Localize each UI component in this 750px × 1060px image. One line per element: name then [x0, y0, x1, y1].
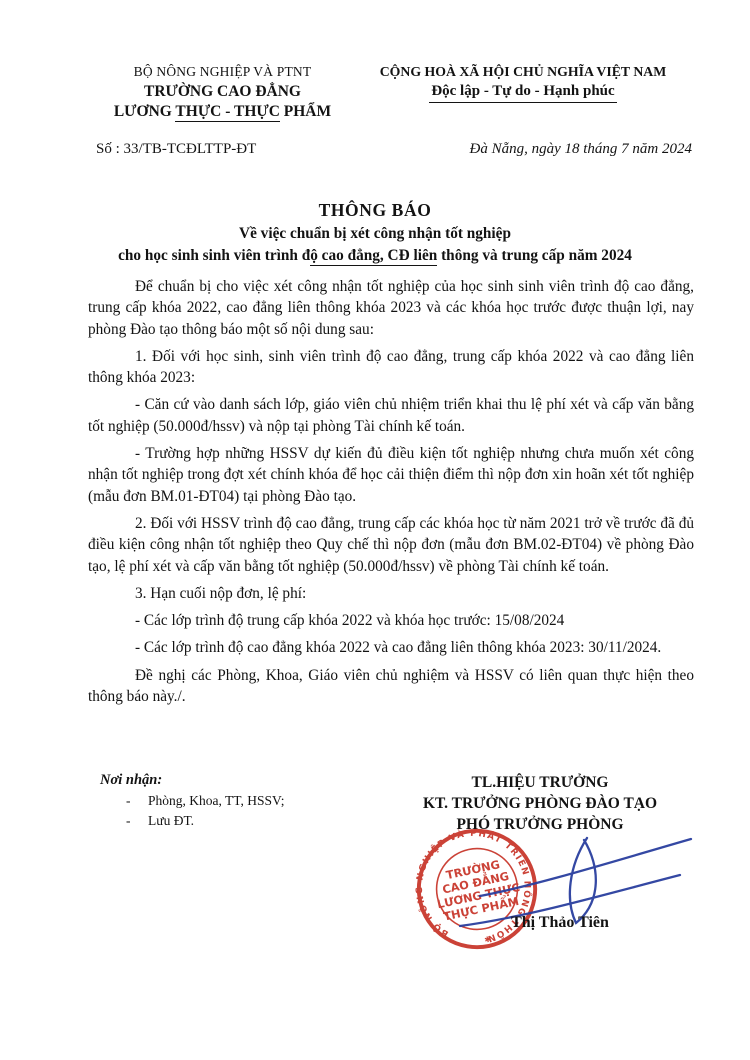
recipient-item: -Phòng, Khoa, TT, HSSV;	[100, 793, 285, 809]
paragraph-item-1b: - Trường hợp những HSSV dự kiến đủ điều …	[88, 443, 694, 507]
paragraph-item-1a: - Căn cứ vào danh sách lớp, giáo viên ch…	[88, 394, 694, 437]
signer-name: Thị Thảo Tiên	[430, 914, 690, 932]
org-name-line1: TRƯỜNG CAO ĐẲNG	[70, 83, 375, 101]
document-page: BỘ NÔNG NGHIỆP VÀ PTNT TRƯỜNG CAO ĐẲNG L…	[0, 0, 750, 1060]
signer-authority-line2: KT. TRƯỞNG PHÒNG ĐÀO TẠO	[400, 793, 680, 814]
list-dash: -	[126, 793, 148, 809]
national-motto: Độc lập - Tự do - Hạnh phúc	[429, 83, 616, 103]
org-name-line2: LƯƠNG THỰC - THỰC PHẨM	[70, 103, 375, 121]
place-and-date: Đà Nẵng, ngày 18 tháng 7 năm 2024	[470, 141, 693, 158]
recipients-label: Nơi nhận:	[100, 772, 285, 789]
document-subject-line1: Về việc chuẩn bị xét công nhận tốt nghiệ…	[0, 225, 750, 243]
title-block: THÔNG BÁO Về việc chuẩn bị xét công nhận…	[0, 200, 750, 265]
paragraph-item-3: 3. Hạn cuối nộp đơn, lệ phí:	[88, 583, 694, 604]
signature-stroke	[480, 839, 691, 896]
national-title: CỘNG HOÀ XÃ HỘI CHỦ NGHĨA VIỆT NAM	[362, 64, 684, 80]
paragraph-item-2: 2. Đối với HSSV trình độ cao đẳng, trung…	[88, 513, 694, 577]
paragraph-intro: Để chuẩn bị cho việc xét công nhận tốt n…	[88, 276, 694, 340]
signer-authority-line1: TL.HIỆU TRƯỞNG	[400, 772, 680, 793]
recipients-block: Nơi nhận: -Phòng, Khoa, TT, HSSV; -Lưu Đ…	[100, 772, 285, 829]
paragraph-closing: Đề nghị các Phòng, Khoa, Giáo viên chủ n…	[88, 665, 694, 708]
org-name-underline: THỰC - THỰC	[175, 103, 279, 122]
body-text: Để chuẩn bị cho việc xét công nhận tốt n…	[88, 276, 694, 713]
document-number: Số : 33/TB-TCĐLTTP-ĐT	[96, 141, 256, 158]
subject-underline: ộ cao đẳng, CĐ liên	[310, 247, 437, 266]
paragraph-deadline-2: - Các lớp trình độ cao đẳng khóa 2022 và…	[88, 637, 694, 658]
national-motto-block: CỘNG HOÀ XÃ HỘI CHỦ NGHĨA VIỆT NAM Độc l…	[362, 64, 684, 103]
issuing-org-block: BỘ NÔNG NGHIỆP VÀ PTNT TRƯỜNG CAO ĐẲNG L…	[70, 64, 375, 121]
paragraph-item-1: 1. Đối với học sinh, sinh viên trình độ …	[88, 346, 694, 389]
signature-stroke	[570, 838, 596, 923]
document-subject-line2: cho học sinh sinh viên trình độ cao đẳng…	[0, 247, 750, 265]
recipient-item: -Lưu ĐT.	[100, 813, 285, 829]
parent-org-name: BỘ NÔNG NGHIỆP VÀ PTNT	[70, 64, 375, 80]
list-dash: -	[126, 813, 148, 829]
paragraph-deadline-1: - Các lớp trình độ trung cấp khóa 2022 v…	[88, 610, 694, 631]
document-title: THÔNG BÁO	[0, 200, 750, 221]
